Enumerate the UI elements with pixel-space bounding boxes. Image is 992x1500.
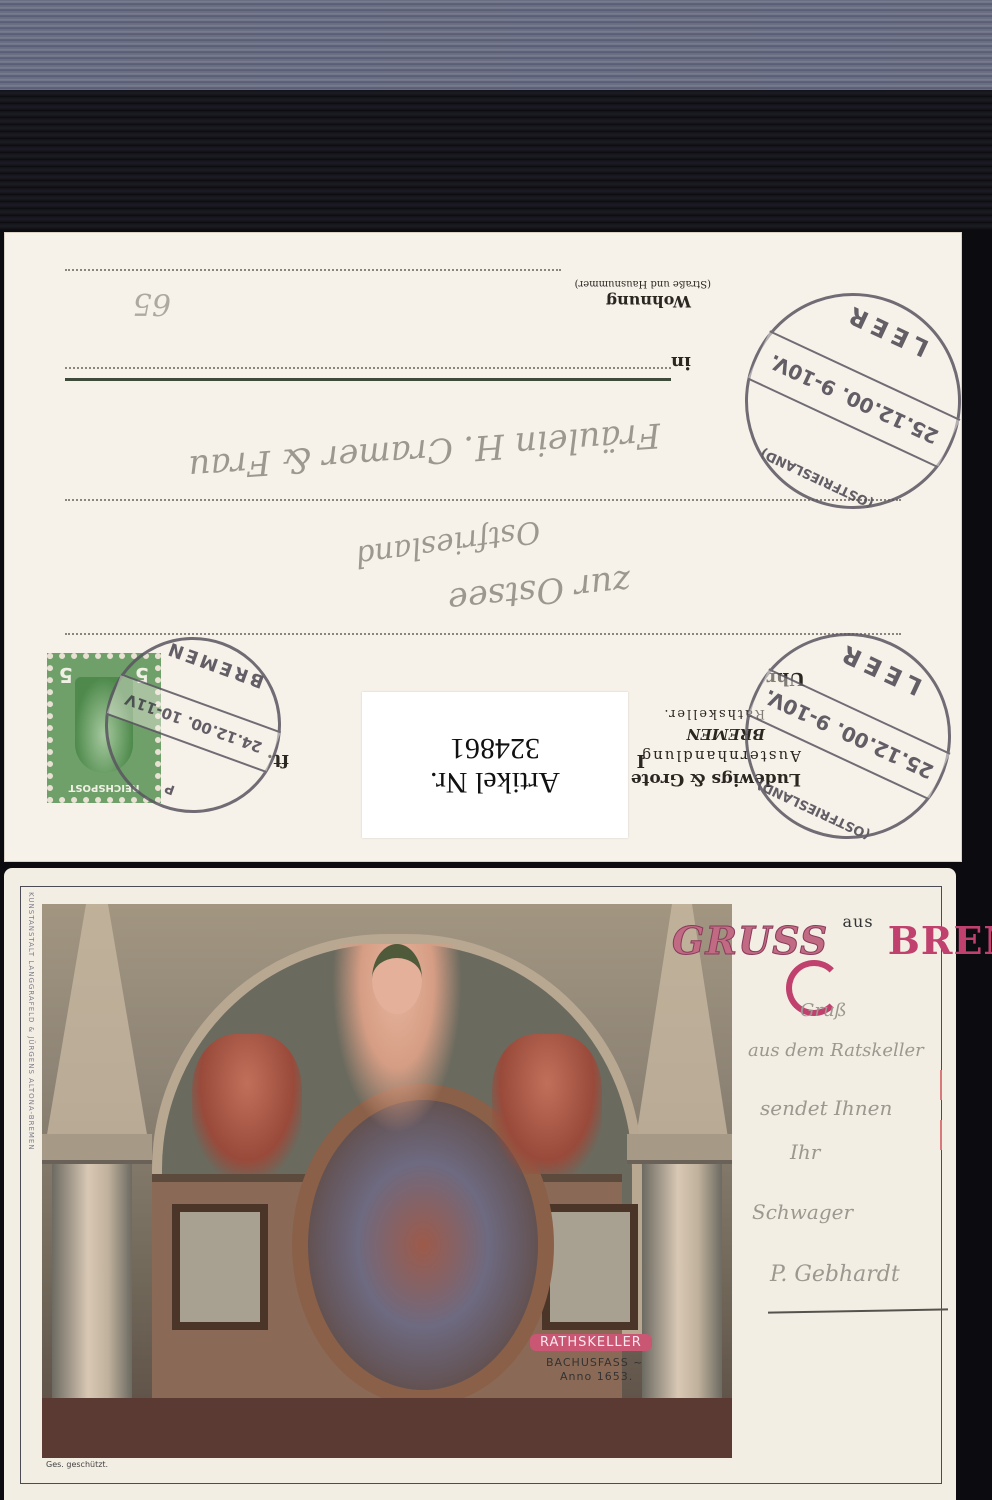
field-wohnung-label: Wohnung — [606, 292, 691, 311]
field-fragment-left: I — [637, 750, 645, 771]
field-wohnung-hint: (Straße und Hausnummer) — [575, 278, 711, 289]
address-line-2 — [65, 499, 901, 501]
front-handwriting-signature: P. Gebhardt — [770, 1262, 900, 1287]
front-handwriting-line-1: Gruß — [800, 1000, 847, 1021]
column-capital-right — [627, 1134, 732, 1164]
article-label: Artikel Nr. — [430, 765, 560, 800]
front-handwriting-line-4: Ihr — [790, 1140, 820, 1164]
address-line-in — [65, 367, 671, 369]
article-number-sticker: Artikel Nr. 324861 — [362, 692, 628, 838]
column-capital-left — [42, 1134, 152, 1164]
handwritten-address-line-1: Fräulein H. Cramer & Frau — [187, 415, 662, 488]
edge-mark — [940, 1070, 942, 1100]
greeting-word: GRUSS — [672, 918, 828, 963]
address-line-wohnung — [65, 269, 561, 271]
rathskeller-badge: RATHSKELLER — [530, 1334, 652, 1351]
greeting-title: GRUSS aus BREMEN, — [672, 918, 992, 963]
copyright-note: Ges. geschützt. — [46, 1460, 108, 1469]
edge-mark — [940, 1120, 942, 1150]
handwritten-address-line-2: zur Ostsee — [446, 562, 633, 621]
wall-panel-right — [542, 1204, 638, 1330]
greeting-city: BREMEN, — [888, 918, 992, 963]
caption-bachusfass: BACHUSFASS ~ — [546, 1356, 643, 1369]
field-in-label: in — [671, 352, 691, 373]
address-line-1 — [65, 633, 901, 635]
address-rule — [65, 378, 671, 381]
wall-panel-left — [172, 1204, 268, 1330]
satyr-right — [492, 1034, 602, 1174]
article-number: 324861 — [450, 731, 540, 766]
satyr-left — [192, 1034, 302, 1174]
stamp-value-right: 5 — [59, 663, 73, 687]
vault-rib-left — [42, 904, 152, 1164]
scanner-background-top — [0, 0, 992, 90]
front-handwriting-line-3: sendet Ihnen — [760, 1096, 892, 1120]
cellar-floor — [42, 1398, 732, 1458]
handwritten-address-line-3: Ostfriesland — [353, 513, 542, 574]
pencil-note: 65 — [133, 286, 171, 321]
caption-year: Anno 1653. — [560, 1370, 633, 1383]
greeting-aus: aus — [842, 912, 873, 931]
front-handwriting-line-2: aus dem Ratskeller — [748, 1040, 924, 1061]
scanner-background-dark — [0, 90, 992, 230]
printer-imprint: KUNSTANSTALT LANGGRAFELD & JÜRGENS ALTON… — [23, 892, 35, 1212]
front-handwriting-line-5: Schwager — [752, 1200, 853, 1224]
bacchus-cherub-head — [372, 944, 422, 1014]
